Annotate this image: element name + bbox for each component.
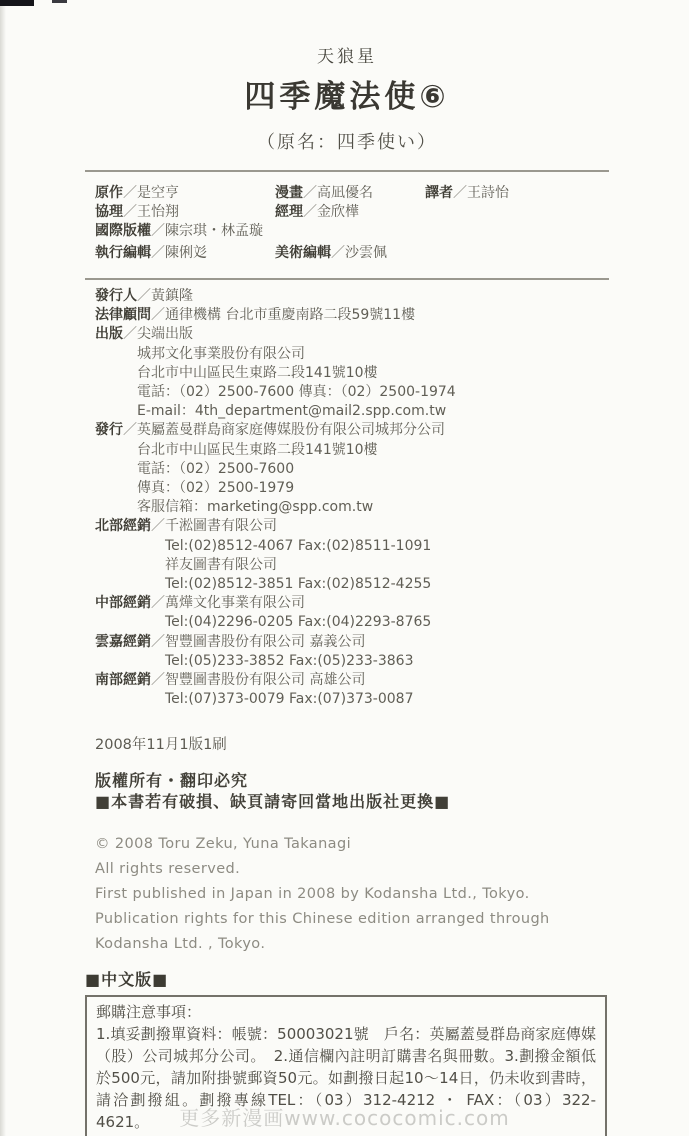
field-value: 黃鎮隆 xyxy=(151,288,193,304)
credit-label: 原作 xyxy=(95,185,123,201)
colophon-page: 天狼星 四季魔法使⑥ （原名：四季使い） 原作／是空亨 協理／王怡翔 國際版權／… xyxy=(0,0,689,1136)
credit-value: 王怡翔 xyxy=(137,204,179,220)
field-label: 雲嘉經銷 xyxy=(95,634,151,650)
south-distributor-tel-line: Tel:(07)373-0079 Fax:(07)373-0087 xyxy=(85,690,609,709)
publication-section: 發行人／黃鎮隆 法律顧問／通律機構 台北市重慶南路二段59號11樓 出版／尖端出… xyxy=(85,287,609,709)
field-label: 出版 xyxy=(95,326,123,342)
credit-value: 陳宗琪・林孟璇 xyxy=(165,223,263,239)
field-value: 通律機構 台北市重慶南路二段59號11樓 xyxy=(165,307,415,323)
separator: ／ xyxy=(151,634,165,650)
yunjia-distributor-tel-line: Tel:(05)233-3852 Fax:(05)233-3863 xyxy=(85,652,609,671)
english-copyright-block: © 2008 Toru Zeku, Yuna Takanagi All righ… xyxy=(85,832,609,957)
publisher-person-line: 發行人／黃鎮隆 xyxy=(85,287,609,306)
field-value: 萬燁文化事業有限公司 xyxy=(165,595,305,611)
yunjia-distributor-line: 雲嘉經銷／智豐圖書股份有限公司 嘉義公司 xyxy=(85,633,609,652)
publisher-detail-line: 城邦文化事業股份有限公司 xyxy=(85,345,609,364)
rights-reserved-line: All rights reserved. xyxy=(95,857,609,882)
legal-advisor-line: 法律顧問／通律機構 台北市重慶南路二段59號11樓 xyxy=(85,306,609,325)
mail-order-title: 郵購注意事項： xyxy=(96,1001,596,1023)
field-label: 中部經銷 xyxy=(95,595,151,611)
separator: ／ xyxy=(123,204,137,220)
credit-label: 協理 xyxy=(95,204,123,220)
credit-item-manga-artist: 漫畫／高凪優名 xyxy=(275,182,373,202)
north-distributor-company2-line: 祥友圖書有限公司 xyxy=(85,556,609,575)
chinese-edition-heading: ■中文版■ xyxy=(85,967,609,990)
field-label: 北部經銷 xyxy=(95,518,151,534)
separator: ／ xyxy=(151,595,165,611)
separator: ／ xyxy=(123,422,137,438)
credit-label: 國際版權 xyxy=(95,223,151,239)
distributor-fax-line: 傳真：（02）2500-1979 xyxy=(85,479,609,498)
credit-label: 譯者 xyxy=(425,185,453,201)
publisher-phone-line: 電話：（02）2500-7600 傳真：（02）2500-1974 xyxy=(85,383,609,402)
credit-item-manager: 經理／金欣樺 xyxy=(275,201,359,221)
title-block: 天狼星 四季魔法使⑥ （原名：四季使い） xyxy=(85,42,609,154)
separator: ／ xyxy=(303,204,317,220)
field-value: 英屬蓋曼群島商家庭傳媒股份有限公司城邦分公司 xyxy=(137,422,445,438)
copyright-line: © 2008 Toru Zeku, Yuna Takanagi xyxy=(95,832,609,857)
separator: ／ xyxy=(151,223,165,239)
publisher-address-line: 台北市中山區民生東路二段141號10樓 xyxy=(85,364,609,383)
rights-block: 版權所有・翻印必究 ■本書若有破損、缺頁請寄回當地出版社更換■ xyxy=(85,770,609,812)
scan-artifact-top-left xyxy=(0,0,34,6)
separator: ／ xyxy=(151,307,165,323)
credits-section: 原作／是空亨 協理／王怡翔 國際版權／陳宗琪・林孟璇 執行編輯／陳俐彣 漫畫／高… xyxy=(85,182,609,270)
credit-item-executive-editor: 執行編輯／陳俐彣 xyxy=(95,242,207,262)
distributor-service-email-line: 客服信箱：marketing@spp.com.tw xyxy=(85,498,609,517)
field-label: 南部經銷 xyxy=(95,672,151,688)
watermark: 更多新漫画www.cococomic.com xyxy=(0,1102,689,1131)
distributor-line: 發行／英屬蓋曼群島商家庭傳媒股份有限公司城邦分公司 xyxy=(85,421,609,440)
field-value: 尖端出版 xyxy=(137,326,193,342)
south-distributor-line: 南部經銷／智豐圖書股份有限公司 高雄公司 xyxy=(85,671,609,690)
first-published-line: First published in Japan in 2008 by Koda… xyxy=(95,882,609,907)
credit-item-original-work: 原作／是空亨 xyxy=(95,182,179,202)
credit-item-intl-rights: 國際版權／陳宗琪・林孟璇 xyxy=(95,220,263,240)
page-title: 四季魔法使⑥ xyxy=(85,71,609,116)
credit-value: 陳俐彣 xyxy=(165,245,207,261)
credit-item-translator: 譯者／王詩怡 xyxy=(425,182,509,202)
separator: ／ xyxy=(151,518,165,534)
publisher-email-line: E-mail：4th_department@mail2.spp.com.tw xyxy=(85,402,609,421)
credit-value: 金欣樺 xyxy=(317,204,359,220)
credit-item-art-editor: 美術編輯／沙雲佩 xyxy=(275,242,387,262)
credit-value: 高凪優名 xyxy=(317,185,373,201)
field-label: 發行 xyxy=(95,422,123,438)
separator: ／ xyxy=(331,245,345,261)
scan-artifact-top xyxy=(52,0,67,3)
separator: ／ xyxy=(151,672,165,688)
north-distributor-tel-line: Tel:(02)8512-4067 Fax:(02)8511-1091 xyxy=(85,537,609,556)
credit-item-coordinator: 協理／王怡翔 xyxy=(95,201,179,221)
credit-value: 沙雲佩 xyxy=(345,245,387,261)
publication-rights-line: Publication rights for this Chinese edit… xyxy=(95,907,609,957)
printing-info: 2008年11月1版1刷 xyxy=(85,733,609,754)
separator: ／ xyxy=(151,245,165,261)
original-title: （原名：四季使い） xyxy=(85,128,609,154)
credit-label: 執行編輯 xyxy=(95,245,151,261)
series-author: 天狼星 xyxy=(85,42,609,67)
distributor-address-line: 台北市中山區民生東路二段141號10樓 xyxy=(85,441,609,460)
copyright-notice: 版權所有・翻印必究 xyxy=(95,770,609,791)
field-value: 智豐圖書股份有限公司 高雄公司 xyxy=(165,672,365,688)
central-distributor-line: 中部經銷／萬燁文化事業有限公司 xyxy=(85,594,609,613)
north-distributor-tel2-line: Tel:(02)8512-3851 Fax:(02)8512-4255 xyxy=(85,575,609,594)
divider-credits xyxy=(85,278,609,280)
credit-label: 經理 xyxy=(275,204,303,220)
credit-label: 漫畫 xyxy=(275,185,303,201)
central-distributor-tel-line: Tel:(04)2296-0205 Fax:(04)2293-8765 xyxy=(85,613,609,632)
divider-top xyxy=(85,170,609,172)
publisher-line: 出版／尖端出版 xyxy=(85,325,609,344)
credit-value: 是空亨 xyxy=(137,185,179,201)
separator: ／ xyxy=(453,185,467,201)
field-label: 發行人 xyxy=(95,288,137,304)
field-label: 法律顧問 xyxy=(95,307,151,323)
page-content: 天狼星 四季魔法使⑥ （原名：四季使い） 原作／是空亨 協理／王怡翔 國際版權／… xyxy=(85,42,609,1136)
scan-edge-shadow xyxy=(0,0,6,1136)
field-value: 千淞圖書有限公司 xyxy=(165,518,277,534)
credit-label: 美術編輯 xyxy=(275,245,331,261)
separator: ／ xyxy=(123,185,137,201)
separator: ／ xyxy=(123,326,137,342)
field-value: 智豐圖書股份有限公司 嘉義公司 xyxy=(165,634,365,650)
north-distributor-line: 北部經銷／千淞圖書有限公司 xyxy=(85,517,609,536)
distributor-phone-line: 電話：（02）2500-7600 xyxy=(85,460,609,479)
separator: ／ xyxy=(303,185,317,201)
damage-replacement-notice: ■本書若有破損、缺頁請寄回當地出版社更換■ xyxy=(95,791,609,812)
separator: ／ xyxy=(137,288,151,304)
credit-value: 王詩怡 xyxy=(467,185,509,201)
